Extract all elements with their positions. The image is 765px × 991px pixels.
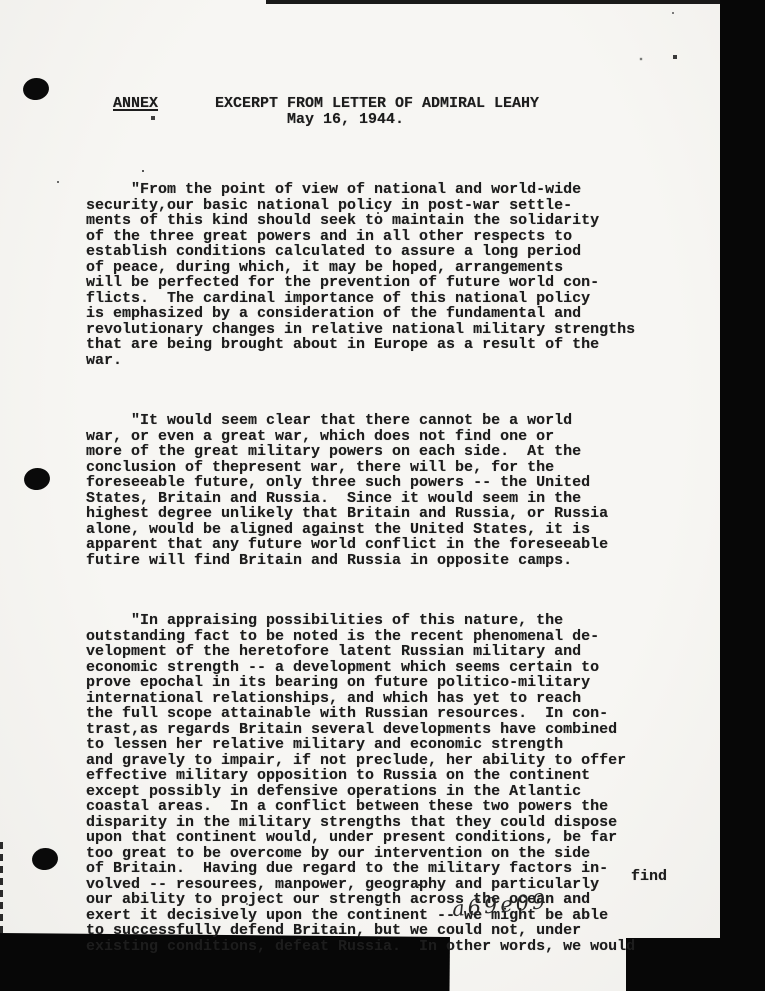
document-date: May 16, 1944. xyxy=(287,112,404,128)
paragraph-1: "From the point of view of national and … xyxy=(86,182,686,368)
scan-right-edge-artifact xyxy=(720,0,765,991)
hole-punch-top xyxy=(22,76,51,101)
scan-left-edge-marks xyxy=(0,842,3,937)
paragraph-2: "It would seem clear that there cannot b… xyxy=(86,413,686,568)
scan-top-edge-artifact xyxy=(266,0,724,4)
scan-noise-specks xyxy=(0,0,2,2)
continuation-word: find xyxy=(631,869,667,885)
annex-label: ANNEX xyxy=(113,96,158,112)
letter-body: "From the point of view of national and … xyxy=(86,151,686,991)
document-title: EXCERPT FROM LETTER OF ADMIRAL LEAHY xyxy=(215,96,539,112)
hole-punch-bottom xyxy=(31,846,60,871)
hole-punch-middle xyxy=(23,466,52,491)
scanned-document-page: ANNEX EXCERPT FROM LETTER OF ADMIRAL LEA… xyxy=(0,0,765,991)
paragraph-3: "In appraising possibilities of this nat… xyxy=(86,613,686,954)
